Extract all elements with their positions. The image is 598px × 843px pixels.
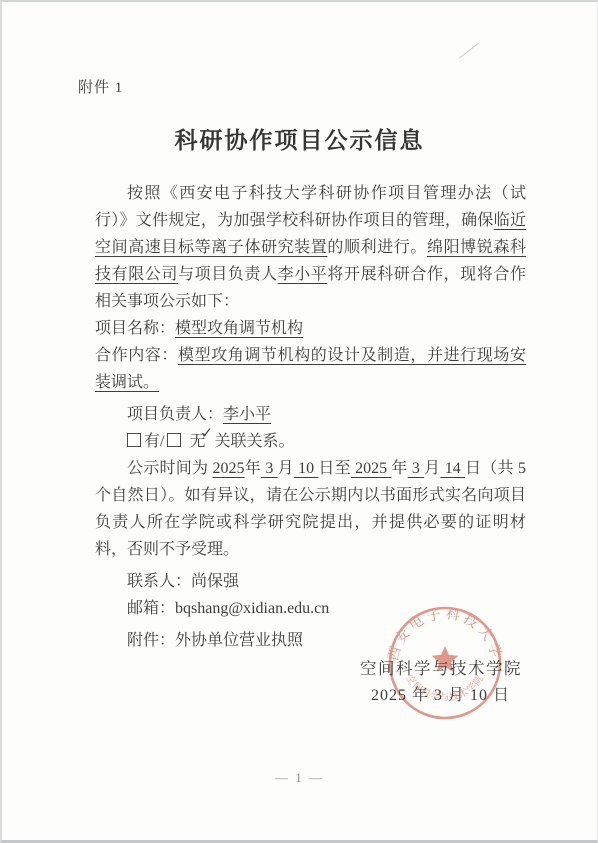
- attachment-number-label: 附件 1: [78, 76, 123, 97]
- relationship-suffix: 关联关系。: [214, 433, 294, 450]
- scanned-document-page: 附件 1 科研协作项目公示信息 按照《西安电子科技大学科研协作项目管理办法（试行…: [0, 0, 598, 843]
- text-segment: 与项目负责人: [178, 266, 278, 283]
- relationship-option-yes: 有: [144, 433, 160, 450]
- cooperation-line: 合作内容：模型攻角调节机构的设计及制造，并进行现场安装调试。: [95, 342, 526, 396]
- checkbox-checked-icon: ✓: [167, 433, 181, 447]
- scan-artifact: [459, 43, 479, 59]
- signoff-block: 空间科学与技术学院 2025 年 3 月 10 日: [95, 655, 526, 709]
- signoff-date: 2025 年 3 月 10 日: [95, 682, 522, 709]
- text-segment: 日至: [318, 460, 351, 477]
- text-segment: 公示时间为: [127, 460, 213, 477]
- document-body: 按照《西安电子科技大学科研协作项目管理办法（试行）》文件规定，为加强学校科研协作…: [95, 180, 526, 709]
- cooperation-label: 合作内容：: [95, 347, 178, 364]
- relationship-separator: /: [160, 433, 164, 450]
- checkbox-unchecked-icon: [127, 433, 141, 447]
- attachment-line: 附件：外协单位营业执照: [95, 627, 526, 654]
- contact-email-label: 邮箱：: [127, 600, 175, 617]
- contact-person-value: 尚保强: [191, 573, 239, 590]
- page-number: — 1 —: [2, 770, 597, 786]
- text-segment: 2025: [213, 460, 245, 477]
- page-title: 科研协作项目公示信息: [2, 122, 597, 155]
- text-segment: 月: [278, 460, 294, 477]
- contact-person-line: 联系人：尚保强: [95, 568, 526, 595]
- contact-email-line: 邮箱：bqshang@xidian.edu.cn: [95, 595, 526, 622]
- text-segment: 年: [245, 460, 262, 477]
- contact-person-label: 联系人：: [127, 573, 191, 590]
- leader-value: 李小平: [223, 406, 271, 423]
- text-segment: 3: [261, 460, 278, 477]
- intro-paragraph: 按照《西安电子科技大学科研协作项目管理办法（试行）》文件规定，为加强学校科研协作…: [95, 180, 526, 315]
- project-name-label: 项目名称：: [95, 320, 175, 337]
- text-segment: 14: [440, 460, 465, 477]
- contact-email-value: bqshang@xidian.edu.cn: [175, 600, 329, 617]
- text-segment: 按照《西安电子科技大学科研协作项目管理办法（试行）》文件规定，为加强学校科研协作…: [95, 185, 526, 229]
- attachment-value: 外协单位营业执照: [175, 632, 303, 649]
- text-segment: 2025: [351, 460, 392, 477]
- relationship-line: 有/✓无关联关系。: [95, 428, 526, 455]
- leader-label: 项目负责人：: [127, 406, 223, 423]
- text-segment: 月: [424, 460, 440, 477]
- publicity-period-paragraph: 公示时间为 2025年 3 月 10 日至 2025 年 3 月 14 日（共 …: [95, 455, 526, 563]
- leader-line: 项目负责人：李小平: [95, 401, 526, 428]
- text-segment: 李小平: [278, 266, 328, 283]
- signoff-organization: 空间科学与技术学院: [95, 655, 522, 682]
- check-mark-icon: ✓: [168, 427, 213, 439]
- project-name-line: 项目名称：模型攻角调节机构: [95, 315, 526, 342]
- project-name-value: 模型攻角调节机构: [175, 320, 303, 337]
- attachment-label: 附件：: [127, 632, 175, 649]
- text-segment: 3: [408, 460, 425, 477]
- text-segment: 年: [391, 460, 407, 477]
- text-segment: 的顺利进行。: [327, 239, 427, 256]
- text-segment: 10: [294, 460, 319, 477]
